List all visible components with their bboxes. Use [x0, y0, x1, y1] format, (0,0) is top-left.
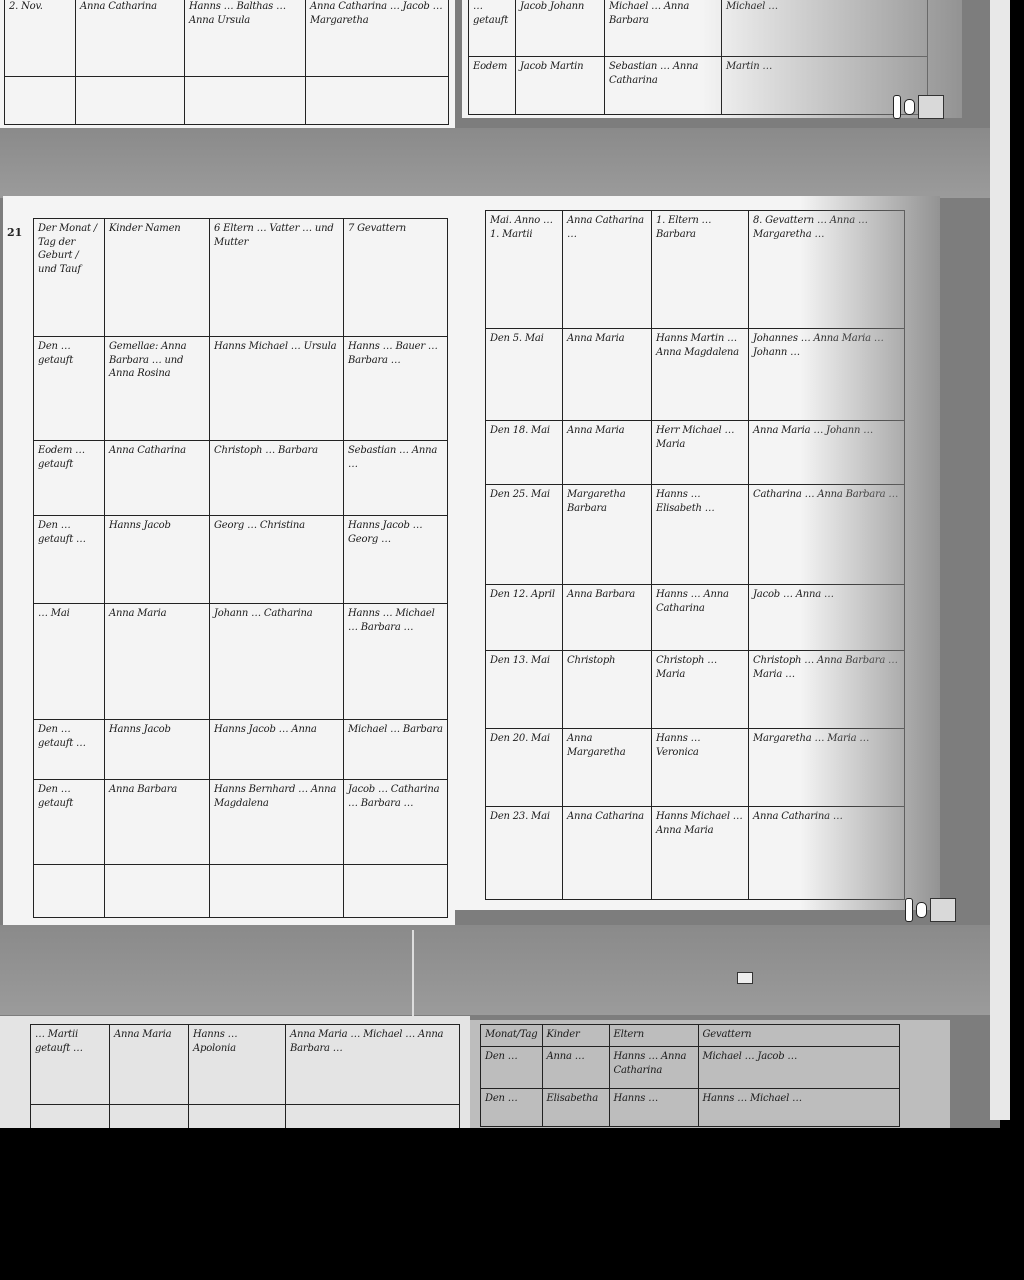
cell-parents: Johann … Catharina: [210, 604, 344, 720]
cell-child: Anna Margaretha: [563, 729, 652, 807]
header-date: Der Monat / Tag der Geburt / und Tauf: [34, 219, 105, 337]
top-left-table: 2. Nov. Anna Catharina Hanns … Balthas ……: [4, 0, 449, 125]
cell-child: Anna Maria: [105, 604, 210, 720]
cell-date: 2. Nov.: [5, 0, 76, 77]
cell-godparents: Hanns … Bauer … Barbara …: [344, 337, 448, 441]
bottom-right-table: Monat/Tag Kinder Eltern Gevattern Den … …: [480, 1024, 900, 1127]
cell-parents: Hanns … Anna Catharina: [609, 1047, 698, 1089]
cell-date: Den 13. Mai: [486, 651, 563, 729]
film-gap: [0, 128, 990, 198]
header-parents: Eltern: [609, 1025, 698, 1047]
cell-godparents: Michael … Barbara: [344, 720, 448, 780]
cell-child: Anna Maria: [563, 329, 652, 421]
cell-parents: Herr Michael … Maria: [652, 421, 749, 485]
cell-parents: Hanns Michael … Anna Maria: [652, 807, 749, 900]
cell-child: Anna Barbara: [563, 585, 652, 651]
frame-marker-right: [905, 898, 956, 922]
cell-date: Den 20. Mai: [486, 729, 563, 807]
cell-child: Anna Maria: [563, 421, 652, 485]
main-left-table: Der Monat / Tag der Geburt / und Tauf Ki…: [33, 218, 448, 918]
film-hole: [737, 972, 753, 984]
cell-date: Den … getauft …: [34, 720, 105, 780]
cell-date: Den … getauft: [34, 337, 105, 441]
cell-child: Margaretha Barbara: [563, 485, 652, 585]
cell-parents: Hanns Michael … Ursula: [210, 337, 344, 441]
cell-child: Gemellae: Anna Barbara … und Anna Rosina: [105, 337, 210, 441]
header-date: Mai. Anno … 1. Martii: [486, 211, 563, 329]
cell-child: Anna …: [542, 1047, 609, 1089]
film-gap: [0, 925, 990, 1015]
frame-marker-top: [893, 95, 944, 119]
main-frame-left-page: 21 Der Monat / Tag der Geburt / und Tauf…: [3, 196, 455, 928]
header-parents: 1. Eltern … Barbara: [652, 211, 749, 329]
main-frame-right-page: Mai. Anno … 1. Martii Anna Catharina … 1…: [455, 196, 940, 910]
cell-child: Anna Barbara: [105, 780, 210, 865]
cell-godparents: Hanns … Michael …: [698, 1089, 899, 1127]
cell-parents: Hanns … Anna Catharina: [652, 585, 749, 651]
cell-child: Hanns Jacob: [105, 516, 210, 604]
cell-date: Den …: [481, 1047, 543, 1089]
cell-date: … Martii getauft …: [31, 1025, 110, 1105]
cell-date: Den 12. April: [486, 585, 563, 651]
cell-child: Hanns Jacob: [105, 720, 210, 780]
header-parents: 6 Eltern … Vatter … und Mutter: [210, 219, 344, 337]
cell-date: Den 5. Mai: [486, 329, 563, 421]
page-shadow: [800, 196, 940, 910]
header-godparents: Gevattern: [698, 1025, 899, 1047]
cell-godparents: Anna Catharina … Jacob … Margaretha: [306, 0, 449, 77]
bottom-left-table: … Martii getauft … Anna Maria Hanns … Ap…: [30, 1024, 460, 1145]
cell-parents: Hanns … Elisabeth …: [652, 485, 749, 585]
header-child: Kinder Namen: [105, 219, 210, 337]
cell-godparents: Hanns Jacob … Georg …: [344, 516, 448, 604]
header-date: Monat/Tag: [481, 1025, 543, 1047]
cell-date: … Mai: [34, 604, 105, 720]
cell-child: Anna Maria: [110, 1025, 189, 1105]
header-child: Anna Catharina …: [563, 211, 652, 329]
cell-child: Anna Catharina: [105, 441, 210, 516]
cell-godparents: Jacob … Catharina … Barbara …: [344, 780, 448, 865]
cell-date: … getauft: [469, 0, 516, 57]
cell-date: Den … getauft: [34, 780, 105, 865]
cell-parents: Hanns Martin … Anna Magdalena: [652, 329, 749, 421]
cell-date: Eodem: [469, 57, 516, 115]
cell-child: Elisabetha: [542, 1089, 609, 1127]
cell-parents: Georg … Christina: [210, 516, 344, 604]
cell-child: Anna Catharina: [563, 807, 652, 900]
cell-parents: Christoph … Maria: [652, 651, 749, 729]
cell-date: Eodem … getauft: [34, 441, 105, 516]
cell-godparents: Michael … Jacob …: [698, 1047, 899, 1089]
cell-parents: Hanns … Veronica: [652, 729, 749, 807]
cell-parents: Hanns …: [609, 1089, 698, 1127]
cell-parents: Hanns … Apolonia: [189, 1025, 286, 1105]
cell-godparents: Anna Maria … Michael … Anna Barbara …: [286, 1025, 460, 1105]
top-frame-left-page: 2. Nov. Anna Catharina Hanns … Balthas ……: [0, 0, 455, 128]
bottom-frame-right-page: Monat/Tag Kinder Eltern Gevattern Den … …: [470, 1020, 950, 1132]
cell-date: Den …: [481, 1089, 543, 1127]
top-frame-right-page: … getauft Jacob Johann Michael … Anna Ba…: [462, 0, 962, 118]
cell-parents: Christoph … Barbara: [210, 441, 344, 516]
cell-parents: Hanns Jacob … Anna: [210, 720, 344, 780]
header-child: Kinder: [542, 1025, 609, 1047]
cell-godparents: Sebastian … Anna …: [344, 441, 448, 516]
cell-child: Christoph: [563, 651, 652, 729]
bottom-frame-left-page: … Martii getauft … Anna Maria Hanns … Ap…: [0, 1016, 470, 1146]
cell-parents: Hanns … Balthas … Anna Ursula: [185, 0, 306, 77]
cell-godparents: Hanns … Michael … Barbara …: [344, 604, 448, 720]
cell-date: Den 23. Mai: [486, 807, 563, 900]
cell-child: Jacob Johann: [516, 0, 605, 57]
cell-date: Den 18. Mai: [486, 421, 563, 485]
page-number: 21: [7, 226, 22, 239]
cell-date: Den 25. Mai: [486, 485, 563, 585]
cell-parents: Hanns Bernhard … Anna Magdalena: [210, 780, 344, 865]
film-edge: [990, 0, 1010, 1120]
film-bottom-black: [0, 1128, 1024, 1280]
cell-child: Anna Catharina: [76, 0, 185, 77]
header-godparents: 7 Gevattern: [344, 219, 448, 337]
cell-child: Jacob Martin: [516, 57, 605, 115]
cell-date: Den … getauft …: [34, 516, 105, 604]
film-scratch: [412, 930, 414, 1030]
